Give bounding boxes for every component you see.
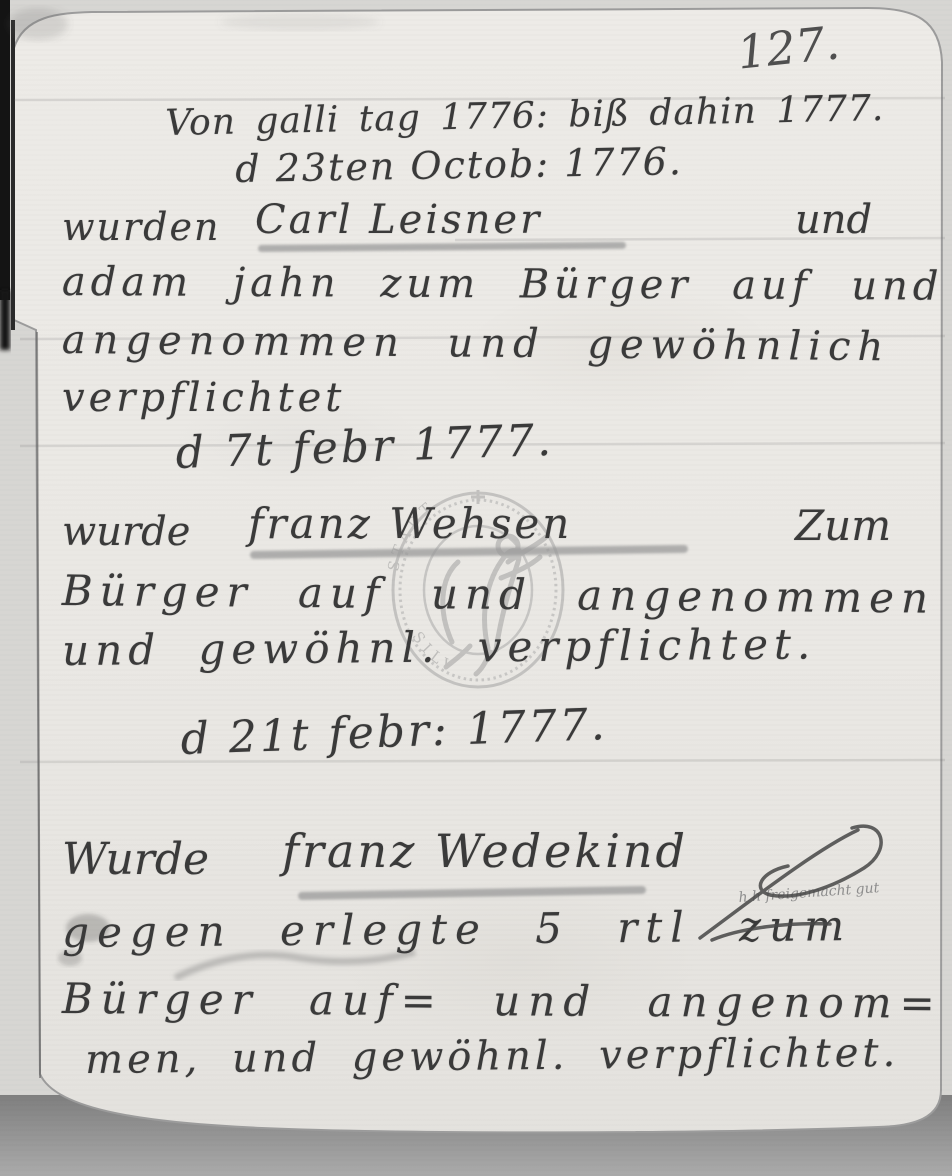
entry3-line4: men, und gewöhnl. verpflichtet.: [85, 1033, 899, 1080]
entry3-line2: gegen erlegte 5 rtl zum: [62, 905, 852, 954]
entry1-date: d 23ten Octob: 1776.: [235, 142, 683, 188]
entry2-line1-prefix: wurde: [62, 512, 190, 552]
entry3-name: franz Wedekind: [282, 828, 688, 874]
entry2-line2: Bürger auf und angenommen: [62, 570, 936, 620]
entry3-line1-prefix: Wurde: [62, 838, 209, 882]
entry1-name: Carl Leisner: [255, 200, 542, 240]
binding-strip: [0, 0, 10, 300]
entry3-line3: Bürger auf= und angenom=: [62, 978, 943, 1025]
entry1-line1-prefix: wurden: [62, 208, 220, 246]
entry1-line3: angenommen und gewöhnlich: [62, 320, 891, 367]
top-edge-smudge: [220, 14, 380, 30]
entry2-name: franz Wehsen: [248, 503, 572, 545]
entry1-line2: adam jahn zum Bürger auf und: [62, 262, 944, 307]
entry1-line1-suffix: und: [795, 200, 872, 240]
page-number: 127.: [735, 19, 842, 75]
binding-strip-fade: [0, 290, 10, 350]
scanned-manuscript-page: STADT SILV 127. Von galli tag 1776: biß: [0, 0, 952, 1176]
entry1-line4: verpflichtet: [62, 378, 345, 418]
entry2-date: d 7t febr 1777.: [175, 419, 555, 476]
entry2-line3: und gewöhnl. verpflichtet.: [62, 623, 816, 672]
entry2-line1-suffix: Zum: [795, 505, 891, 547]
corner-smudge: [8, 8, 68, 40]
